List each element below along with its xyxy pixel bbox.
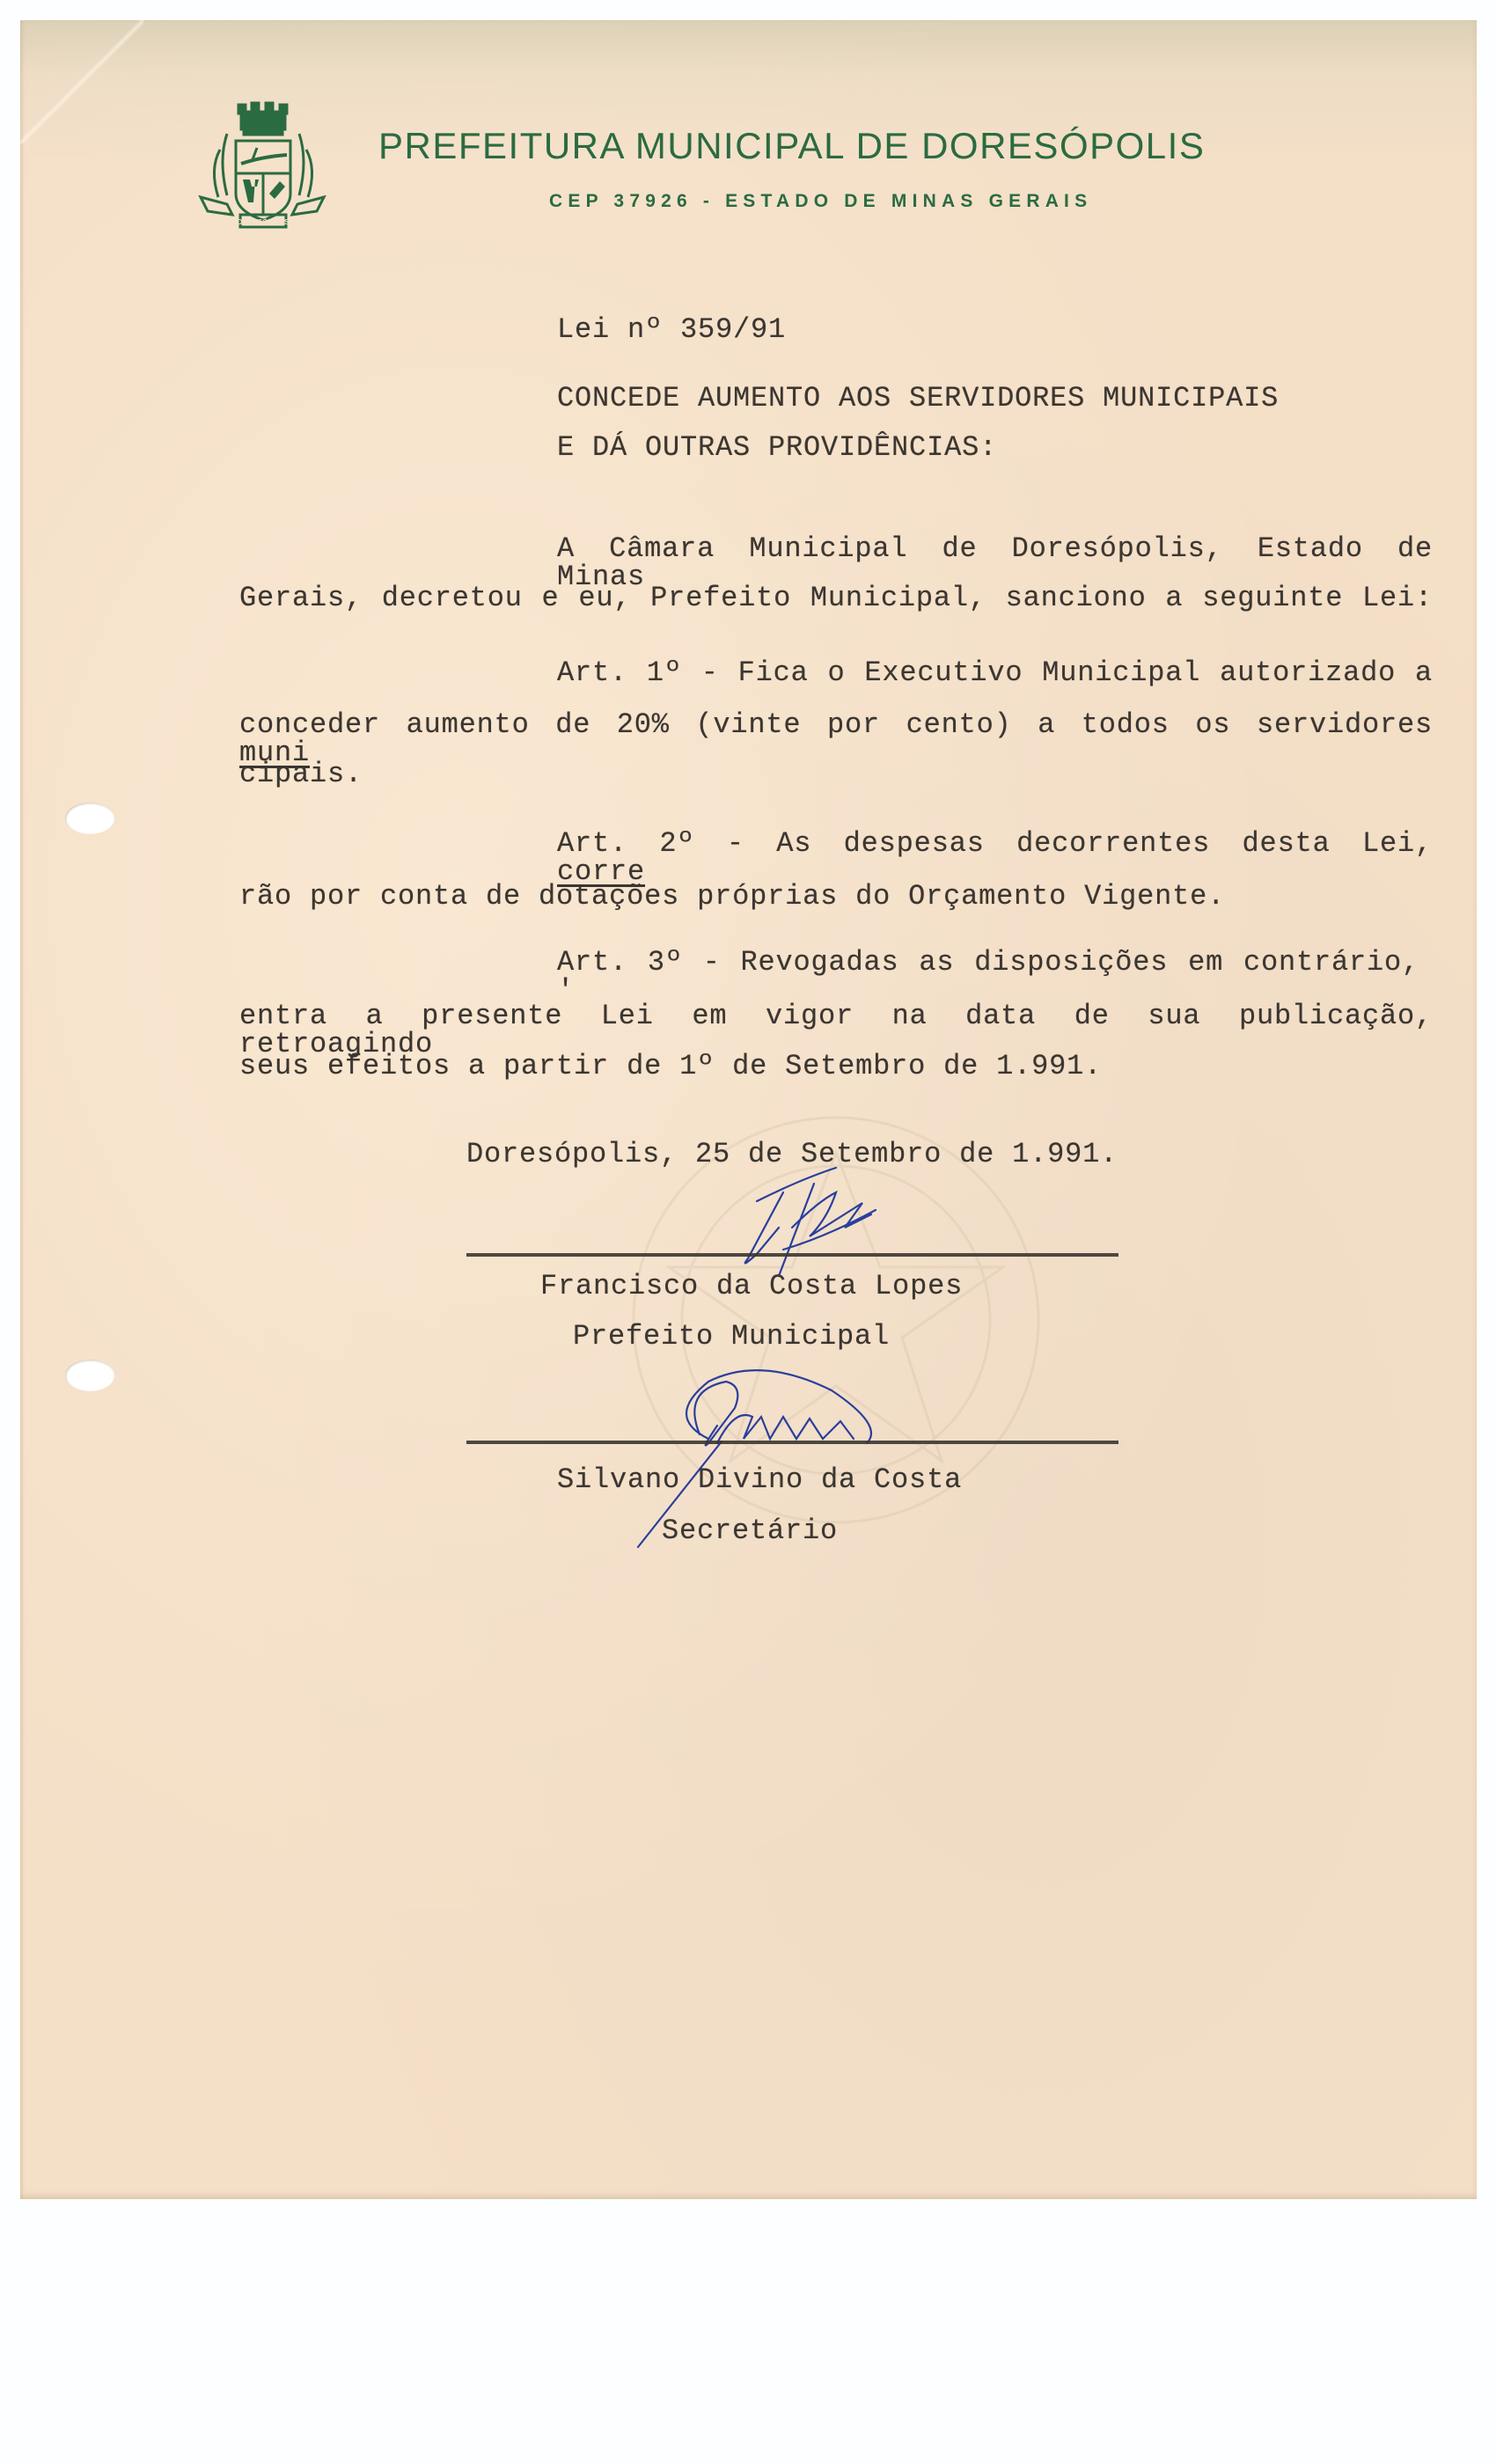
letterhead-title: PREFEITURA MUNICIPAL DE DORESÓPOLIS bbox=[378, 128, 1205, 165]
law-ementa-line-2: E DÁ OUTRAS PROVIDÊNCIAS: bbox=[557, 434, 997, 462]
signatory-2-role: Secretário bbox=[662, 1517, 838, 1545]
article-2-line-1-text: Art. 2º - As despesas decorrentes desta … bbox=[557, 827, 1433, 860]
signature-line-secretary bbox=[466, 1441, 1118, 1444]
letterhead-subtitle: CEP 37926 - ESTADO DE MINAS GERAIS bbox=[549, 192, 1092, 210]
signatory-1-role: Prefeito Municipal bbox=[573, 1323, 890, 1351]
law-ementa-line-1: CONCEDE AUMENTO AOS SERVIDORES MUNICIPAI… bbox=[557, 385, 1279, 413]
document-page bbox=[20, 20, 1477, 2199]
preamble-line-2: Gerais, decretou e eu, Prefeito Municipa… bbox=[239, 584, 1433, 612]
signatory-2-name: Silvano Divino da Costa bbox=[557, 1466, 962, 1494]
law-number: Lei nº 359/91 bbox=[557, 316, 786, 344]
article-1-line-3: cipais. bbox=[239, 760, 363, 788]
svg-text:DORESÓPOLIS: DORESÓPOLIS bbox=[238, 218, 290, 226]
punch-hole-top bbox=[65, 803, 114, 834]
coat-of-arms-icon: DORESÓPOLIS bbox=[192, 99, 333, 231]
signatory-1-name: Francisco da Costa Lopes bbox=[540, 1272, 963, 1301]
punch-hole-bottom bbox=[65, 1360, 114, 1391]
place-and-date: Doresópolis, 25 de Setembro de 1.991. bbox=[466, 1140, 1118, 1169]
article-1-line-1: Art. 1º - Fica o Executivo Municipal aut… bbox=[557, 659, 1433, 687]
article-1-line-2-text: conceder aumento de 20% (vinte por cento… bbox=[239, 708, 1433, 741]
signature-line-mayor bbox=[466, 1253, 1118, 1257]
article-2-line-1: Art. 2º - As despesas decorrentes desta … bbox=[557, 830, 1433, 886]
article-3-line-1: Art. 3º - Revogadas as disposições em co… bbox=[557, 949, 1419, 1005]
article-3-line-3: seus efeitos a partir de 1º de Setembro … bbox=[239, 1052, 1102, 1081]
article-2-line-2: rão por conta de dotações próprias do Or… bbox=[239, 883, 1225, 911]
article-1-line-2: conceder aumento de 20% (vinte por cento… bbox=[239, 711, 1433, 767]
